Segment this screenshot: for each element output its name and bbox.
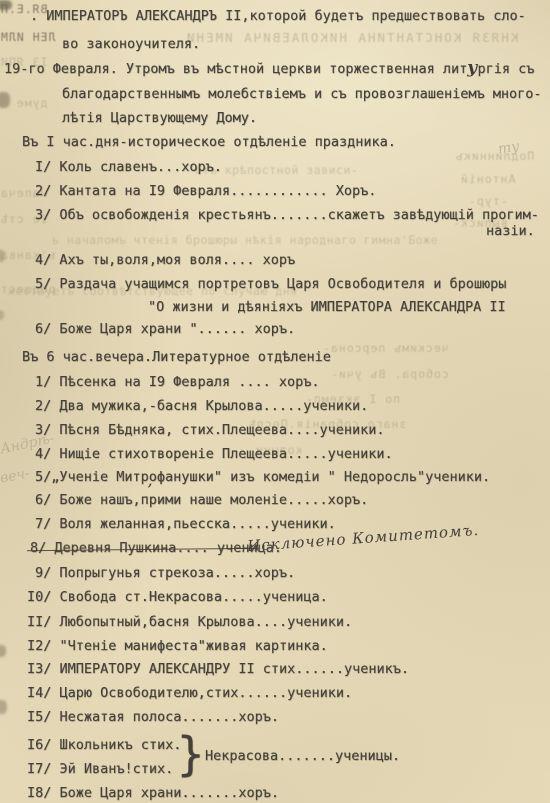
bleedthrough-text: собора. Въ учи- xyxy=(330,367,449,381)
handwritten-apostrophe: ’ xyxy=(147,483,152,500)
bleedthrough-text: КНЯЗЯ КОНСТАНТИНА НИКОЛАЕВИЧА ИМЕНИ xyxy=(185,31,518,45)
typed-line-title-cont: во законоучителя. xyxy=(62,36,200,53)
pencil-bleedthrough: ту xyxy=(497,139,520,158)
program-item: 3/ Объ освобожденія крестьянъ.......скаж… xyxy=(35,207,539,224)
bleedthrough-text: ЛЕН ИЛМ xyxy=(0,30,55,44)
pencil-bleedthrough: веч- xyxy=(0,466,31,487)
program-item: I7/ Эй Иванъ!стих. xyxy=(27,761,173,778)
program-item: 5/ Раздача учащимся портретовъ Царя Осво… xyxy=(35,276,506,293)
program-item-shared: Некрасова.......ученицы. xyxy=(205,748,400,765)
typed-line-title: . ИМПЕРАТОРЪ АЛЕКСАНДРЪ II,которой будет… xyxy=(30,8,526,25)
scanned-document-page: КНЯЗЯ КОНСТАНТИНА НИКОЛАЕВИЧА ИМЕНИ Подл… xyxy=(0,0,550,803)
program-item: 7/ Воля желанная,пьесска.....ученики. xyxy=(35,516,336,533)
program-item: 5/„Ученіе Митрофанушки" изъ комедіи " Не… xyxy=(35,469,490,486)
program-item: 4/ Ахъ ты,воля,моя воля.... хоръ xyxy=(35,252,295,269)
bleedthrough-text: ь началомъ чтенія брошюры нѣкія народнаг… xyxy=(52,233,438,247)
program-item: 4/ Нищіе стихотвореніе Плещеева.....учен… xyxy=(35,446,393,463)
handwritten-letter-u: у xyxy=(467,58,477,78)
paper-stain xyxy=(0,645,6,657)
february-text-post: ргія съ xyxy=(477,61,534,77)
program-item-cont: "О жизни и дѣяніяхъ ИМПЕРАТОРА АЛЕКСАНДР… xyxy=(148,299,506,316)
grouping-brace: } xyxy=(176,731,205,777)
program-item: 6/ Боже Царя храни "...... хоръ. xyxy=(35,321,295,338)
program-item: 2/ Кантата на I9 Февраля............ Хор… xyxy=(35,183,376,200)
program-item: 1/ Пѣсенка на I9 Февраля .... хоръ. xyxy=(35,374,319,391)
bleedthrough-text: ческимъ персона- xyxy=(322,341,449,355)
program-item: 6/ Боже нашъ,прими наше моленіе.....хоръ… xyxy=(35,492,368,509)
program-item: 3/ Пѣсня Бѣдняка, стих.Плещеева....учени… xyxy=(35,422,385,439)
program-item: IЗ/ ИМПЕРАТОРУ АЛЕКСАНДРУ II стих......у… xyxy=(27,661,409,678)
paper-stain xyxy=(0,310,4,320)
program-item: I2/ "Чтеніе манифеста"живая картинка. xyxy=(27,638,328,655)
program-item: I8/ Боже Царя храни.......хоръ. xyxy=(27,785,279,802)
bleedthrough-text: думе Ф xyxy=(0,96,48,110)
program-item-cont: назіи. xyxy=(486,223,535,240)
program-item: 2/ Два мужика,-басня Крылова.....ученики… xyxy=(35,398,368,415)
february-text-pre: 19-го Февраля. Утромъ въ мѣстной церкви … xyxy=(4,61,467,77)
section2-header: Въ 6 час.вечера.Литературное отдѣленіе xyxy=(22,349,331,366)
bleedthrough-text: Подлинникъ xyxy=(455,149,534,163)
program-item: II/ Любопытный,басня Крылова....ученики. xyxy=(27,614,352,631)
typed-line-february: 19-го Февраля. Утромъ въ мѣстной церкви … xyxy=(4,60,534,78)
typed-line-february-cont2: лѣтія Царствующему Дому. xyxy=(62,110,257,127)
bleedthrough-text: -тур- xyxy=(468,194,508,208)
bleedthrough-text: Антоній xyxy=(460,172,515,186)
typed-line-february-cont: благодарственнымъ молебствіемъ и съ пров… xyxy=(62,86,542,103)
program-item: I5/ Несжатая полоса.......хоръ. xyxy=(27,709,279,726)
program-item: I0/ Свобода ст.Некрасова.....ученица. xyxy=(27,589,328,606)
program-item: I/ Коль славенъ...хоръ. xyxy=(35,159,222,176)
program-item: 9/ Попрыгунья стрекоза.....хоръ. xyxy=(35,565,295,582)
program-item: I6/ Школьникъ стих. xyxy=(27,737,181,754)
paper-stain xyxy=(0,700,7,714)
program-item: I4/ Царю Освободителю,стих......ученики. xyxy=(27,685,352,702)
section1-header: Въ I час.дня-историческое отдѣленіе праз… xyxy=(22,134,396,151)
